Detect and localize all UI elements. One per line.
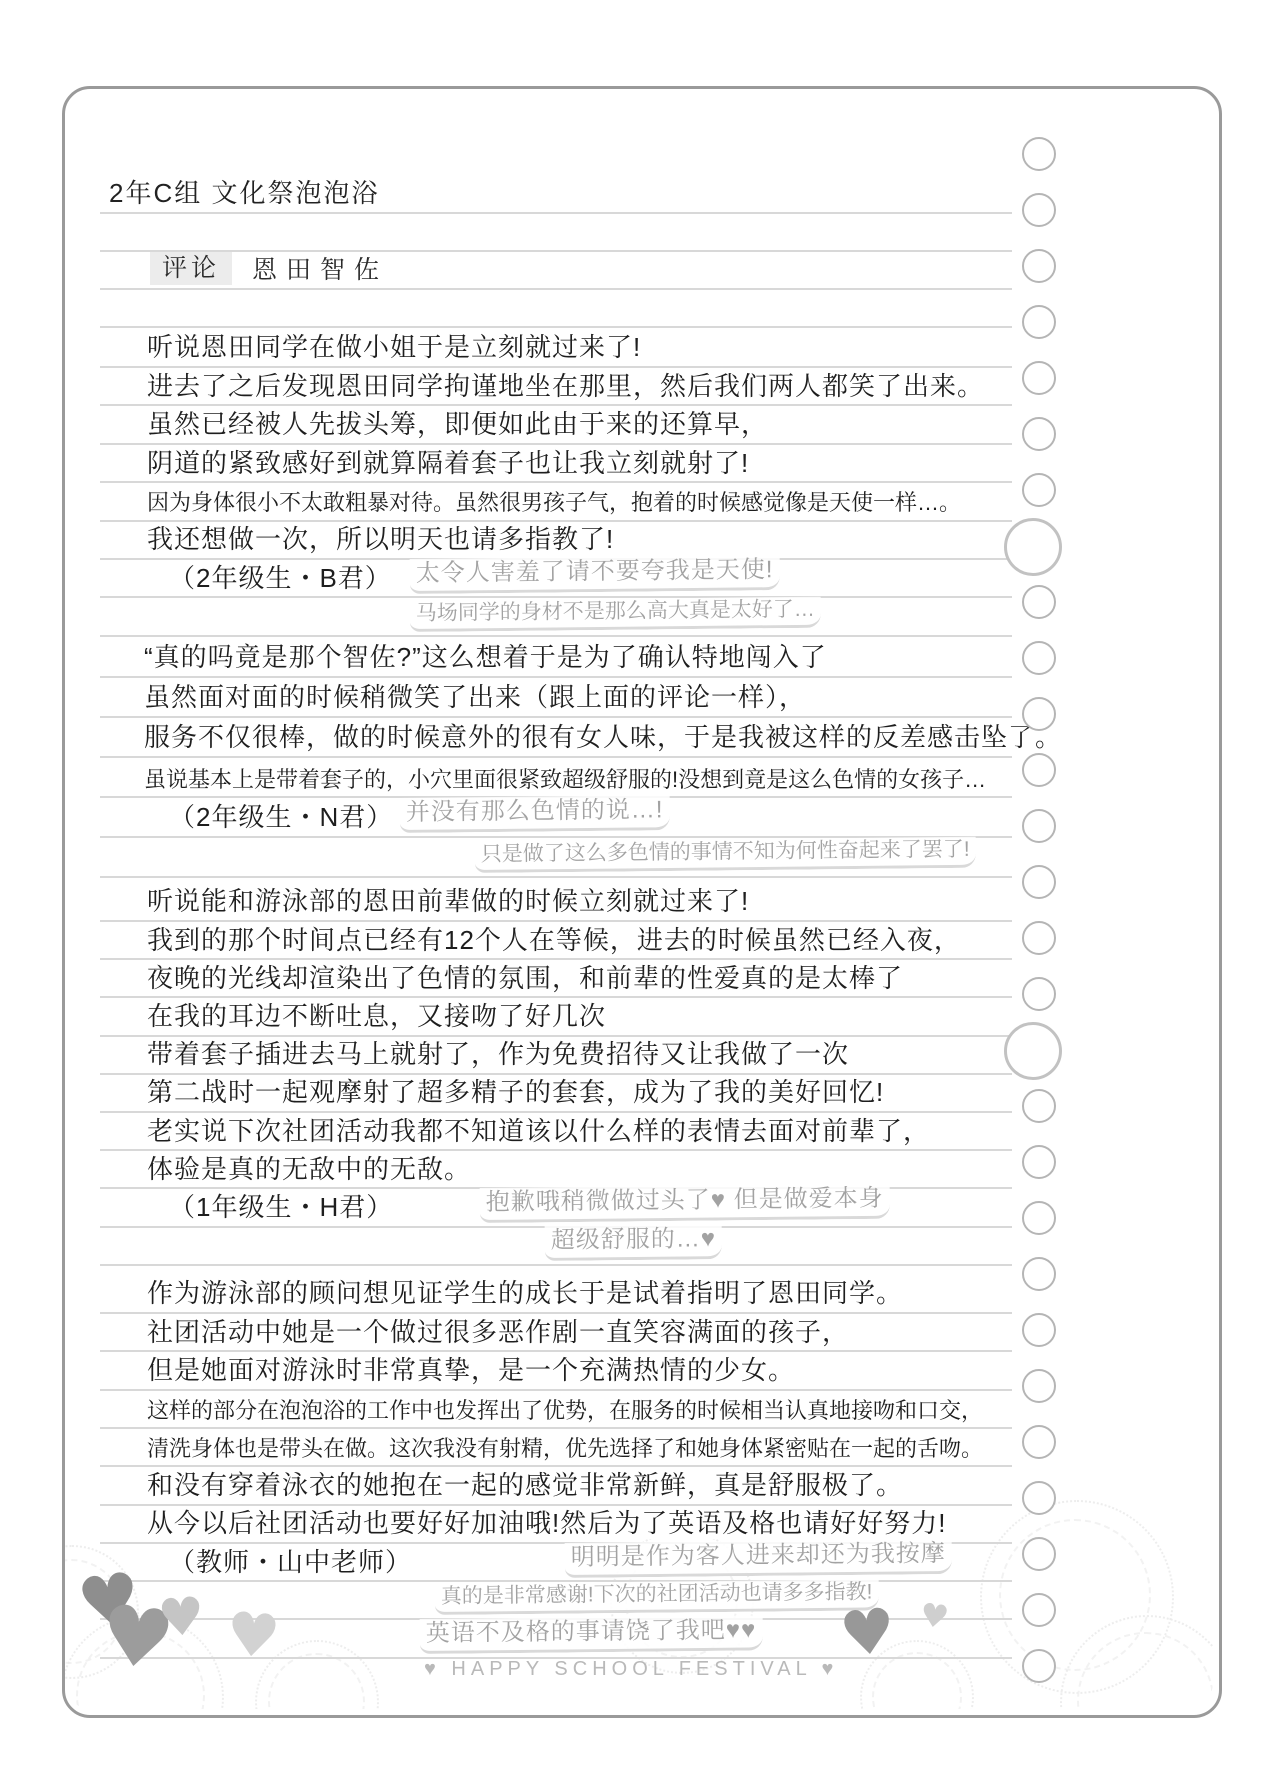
comment-line: 听说恩田同学在做小姐于是立刻就过来了! — [143, 332, 645, 363]
comment-line: 这样的部分在泡泡浴的工作中也发挥出了优势，在服务的时候相当认真地接吻和口交， — [143, 1398, 987, 1424]
handwritten-reply: 明明是作为客人进来却还为我按摩 — [565, 1538, 952, 1577]
binder-hole — [1022, 1481, 1056, 1515]
binder-hole — [1022, 585, 1056, 619]
binder-hole — [1022, 1649, 1056, 1683]
binder-hole — [1022, 1201, 1056, 1235]
binder-hole — [1004, 518, 1062, 576]
handwritten-reply: 并没有那么色情的说…! — [400, 796, 670, 833]
comment-line: 虽然已经被人先拔头筹，即便如此由于来的还算早， — [143, 409, 772, 440]
comment-line: 但是她面对游泳时非常真挚，是一个充满热情的少女。 — [143, 1355, 799, 1386]
comment-author: （2年级生・B君） — [165, 563, 396, 594]
comment-line: 清洗身体也是带头在做。这次我没有射精，优先选择了和她身体紧密贴在一起的舌吻。 — [143, 1436, 987, 1462]
comment-author: （教师・山中老师） — [165, 1547, 416, 1578]
comment-line: 第二战时一起观摩射了超多精子的套套，成为了我的美好回忆! — [143, 1077, 888, 1108]
ruled-row: 只是做了这么多色情的事情不知为何性奋起来了罢了! — [100, 832, 1012, 878]
comment-line: 进去了之后发现恩田同学拘谨地坐在那里，然后我们两人都笑了出来。 — [143, 371, 988, 402]
handwritten-reply: 太令人害羞了请不要夸我是天使! — [410, 555, 780, 593]
footer-caption: ♥ HAPPY SCHOOL FESTIVAL ♥ — [424, 1658, 838, 1681]
binder-hole — [1022, 417, 1056, 451]
binder-hole — [1022, 753, 1056, 787]
binder-hole — [1022, 641, 1056, 675]
comment-line: 夜晚的光线却渲染出了色情的氛围，和前辈的性爱真的是太棒了 — [143, 963, 907, 994]
comment-line: 听说能和游泳部的恩田前辈做的时候立刻就过来了! — [143, 886, 753, 917]
binder-hole — [1022, 473, 1056, 507]
page-title: 2年C组 文化祭泡泡浴 — [105, 178, 383, 209]
binder-hole — [1022, 193, 1056, 227]
heart-icon: ♥ — [918, 1598, 951, 1634]
comment-author: （1年级生・H君） — [165, 1192, 397, 1223]
ruled-row: 超级舒服的…♥ — [100, 1220, 1012, 1266]
binder-hole — [1022, 1257, 1056, 1291]
binder-hole — [1022, 305, 1056, 339]
handwritten-reply: 英语不及格的事请饶了我吧♥♥ — [420, 1616, 763, 1654]
handwritten-reply: 只是做了这么多色情的事情不知为何性奋起来了罢了! — [475, 837, 976, 873]
binder-hole — [1022, 1593, 1056, 1627]
comment-author: （2年级生・N君） — [165, 802, 397, 833]
heart-icon: ♥ — [223, 1604, 282, 1668]
binder-hole — [1004, 1022, 1062, 1080]
comment-line: 虽说基本上是带着套子的，小穴里面很紧致超级舒服的!没想到竟是这么色情的女孩子… — [140, 767, 990, 793]
comment-line: “真的吗竟是那个智佐?”这么想着于是为了确认特地闯入了 — [140, 642, 831, 673]
comment-line: 我还想做一次，所以明天也请多指教了! — [143, 524, 618, 555]
binder-hole — [1022, 1089, 1056, 1123]
comment-line: 老实说下次社团活动我都不知道该以什么样的表情去面对前辈了， — [143, 1116, 934, 1147]
binder-hole — [1022, 697, 1056, 731]
handwritten-reply: 超级舒服的…♥ — [545, 1224, 723, 1260]
comment-line: 作为游泳部的顾问想见证学生的成长于是试着指明了恩田同学。 — [143, 1278, 907, 1309]
comment-line: 从今以后社团活动也要好好加油哦!然后为了英语及格也请好好努力! — [143, 1508, 950, 1539]
binder-hole — [1022, 1537, 1056, 1571]
handwritten-reply: 抱歉哦稍微做过头了♥ 但是做爱本身 — [480, 1184, 890, 1223]
binder-hole — [1022, 865, 1056, 899]
comment-line: 服务不仅很棒，做的时候意外的很有女人味，于是我被这样的反差感击坠了。 — [140, 722, 1066, 753]
comment-line: 虽然面对面的时候稍微笑了出来（跟上面的评论一样）， — [140, 682, 810, 713]
comment-line: 带着套子插进去马上就射了，作为免费招待又让我做了一次 — [143, 1039, 853, 1070]
handwritten-reply: 真的是非常感谢!下次的社团活动也请多多指教! — [435, 1580, 879, 1616]
heart-icon: ♥ — [837, 1599, 899, 1666]
binder-hole — [1022, 1369, 1056, 1403]
comment-line: 和没有穿着泳衣的她抱在一起的感觉非常新鲜，真是舒服极了。 — [143, 1470, 907, 1501]
binder-hole — [1022, 1145, 1056, 1179]
binder-hole — [1022, 249, 1056, 283]
comment-tag: 评论 — [150, 252, 232, 286]
comment-line: 阴道的紧致感好到就算隔着套子也让我立刻就射了! — [143, 448, 753, 479]
heart-icon: ♥ — [156, 1590, 206, 1645]
scanned-notebook-page: ♥ HAPPY SCHOOL FESTIVAL ♥ 2年C组 文化祭泡泡浴评论恩… — [0, 0, 1280, 1791]
binder-hole — [1022, 137, 1056, 171]
comment-line: 社团活动中她是一个做过很多恶作剧一直笑容满面的孩子， — [143, 1317, 853, 1348]
comment-line: 因为身体很小不太敢粗暴对待。虽然很男孩子气，抱着的时候感觉像是天使一样…。 — [143, 490, 965, 516]
binder-hole — [1022, 1425, 1056, 1459]
ruled-row: 马场同学的身材不是那么高大真是太好了… — [100, 591, 1012, 637]
binder-hole — [1022, 921, 1056, 955]
binder-hole — [1022, 361, 1056, 395]
binder-hole — [1022, 809, 1056, 843]
comment-line: 我到的那个时间点已经有12个人在等候，进去的时候虽然已经入夜， — [143, 925, 965, 956]
subject-name: 恩田智佐 — [248, 256, 392, 286]
comment-line: 体验是真的无敌中的无敌。 — [143, 1154, 475, 1185]
binder-hole — [1022, 977, 1056, 1011]
binder-hole — [1022, 1313, 1056, 1347]
handwritten-reply: 马场同学的身材不是那么高大真是太好了… — [410, 596, 821, 631]
comment-line: 在我的耳边不断吐息，又接吻了好几次 — [143, 1001, 610, 1032]
